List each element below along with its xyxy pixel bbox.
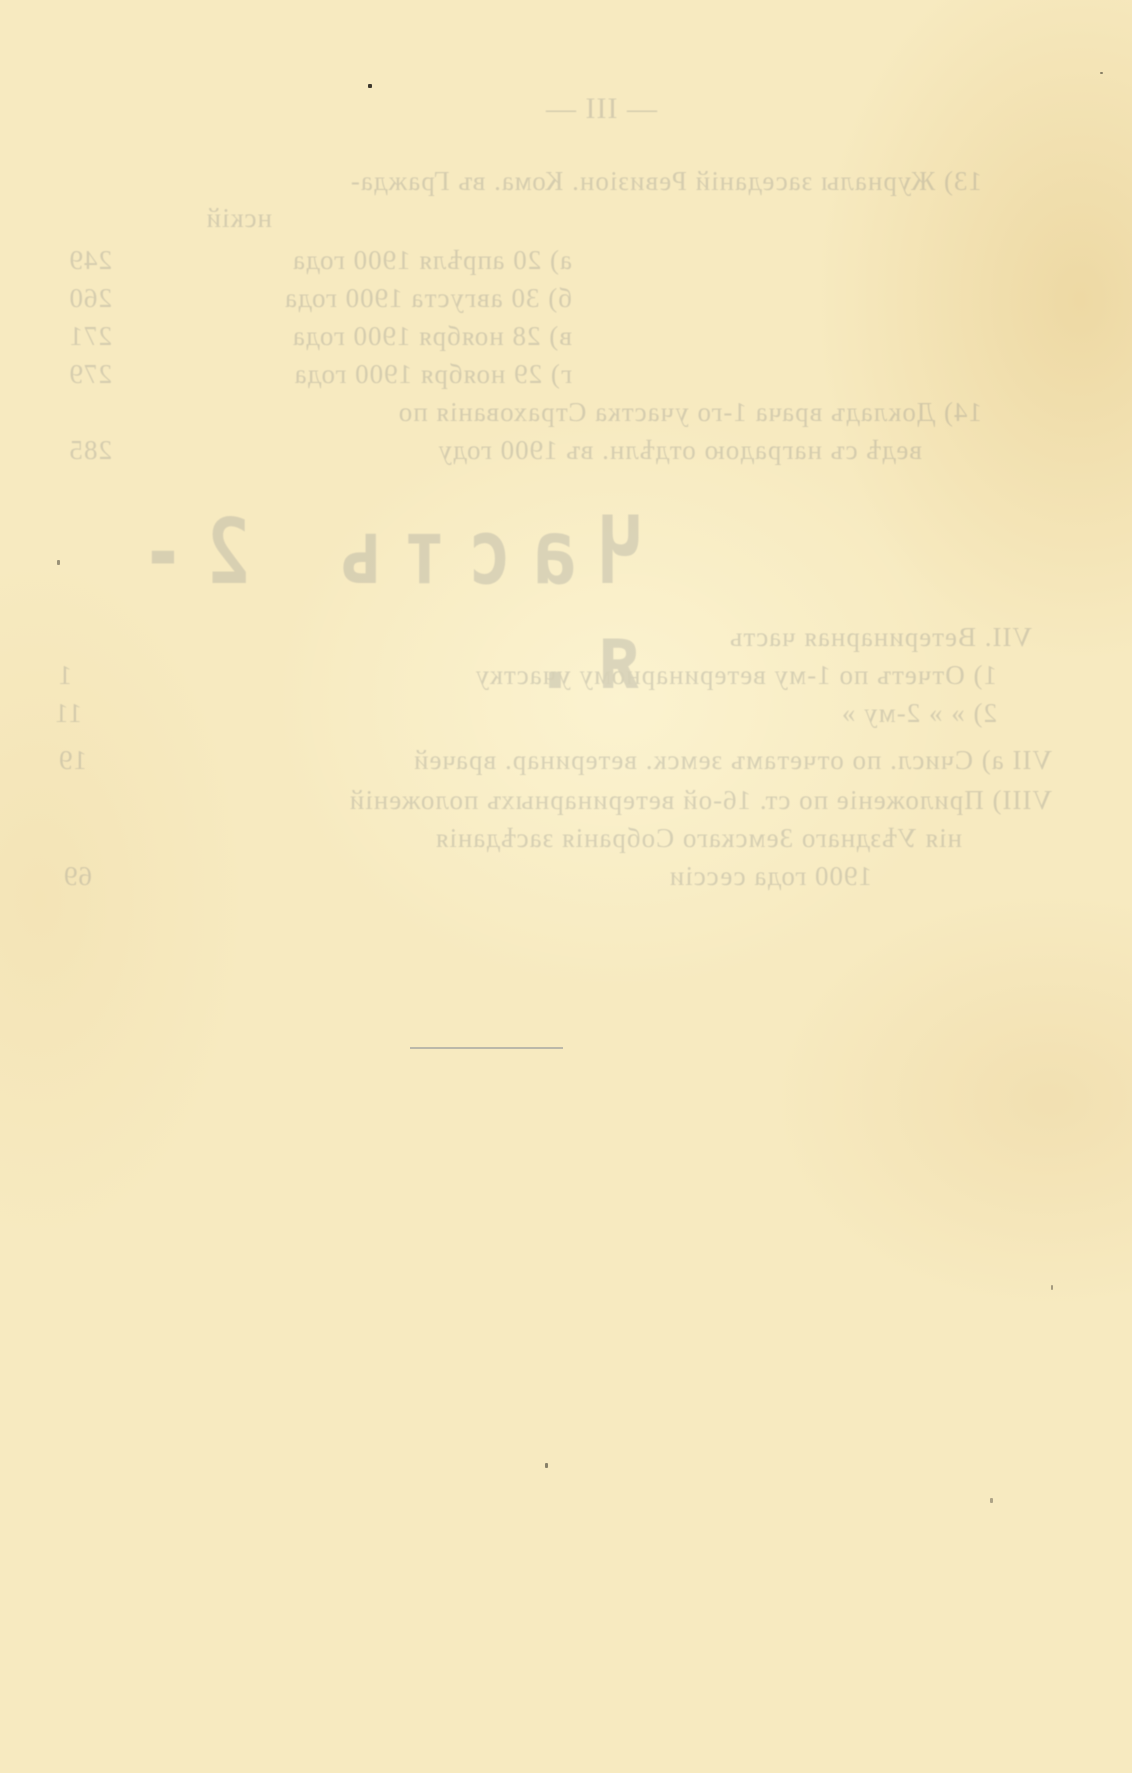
bleed-line: г) 29 ноября 1900 года — [294, 359, 572, 390]
paper-speck — [990, 1498, 993, 1503]
paper-speck — [1051, 1285, 1053, 1290]
bleed-line: ведѣ съ наградою отдѣлн. въ 1900 году — [437, 435, 922, 466]
bleed-page-ref: 11 — [54, 698, 82, 729]
bleed-line: а) 20 апрѣля 1900 года — [292, 245, 572, 276]
bleed-page-ref: 69 — [63, 861, 92, 892]
bleed-line: нія Уѣзднаго Земскаго Собранія засѣданія — [435, 823, 962, 854]
bleed-page-ref: 279 — [69, 359, 113, 390]
bleed-line: 1900 года сессіи — [669, 861, 872, 892]
bleed-through-text: — III — 13) Журналы заседаній Ревизіон. … — [0, 0, 1132, 1773]
bleed-line: VII. Ветеринарная часть — [729, 622, 1032, 653]
bleed-page-ref: 260 — [69, 283, 113, 314]
bleed-line: 14) Докладъ врача 1-го участка Страхован… — [398, 397, 982, 428]
bleed-line: нскій — [205, 203, 272, 234]
decorative-rule — [410, 1047, 563, 1049]
bleed-line: в) 28 ноября 1900 года — [292, 321, 572, 352]
paper-speck — [1100, 72, 1103, 74]
bleed-page-ref: 271 — [69, 321, 113, 352]
bleed-page-ref: 249 — [69, 245, 113, 276]
bleed-line: 13) Журналы заседаній Ревизіон. Кома. въ… — [350, 166, 982, 197]
bleed-line: 1) Отчетъ по 1-му ветеринарному участку — [475, 660, 997, 691]
bleed-page-ref: 19 — [58, 745, 87, 776]
bleed-page-ref: 1 — [58, 660, 73, 691]
bleed-page-ref: 285 — [69, 435, 113, 466]
bleed-line: VIII) Приложеніе по ст. 16-ой ветеринарн… — [349, 785, 1052, 816]
document-page: — III — 13) Журналы заседаній Ревизіон. … — [0, 0, 1132, 1773]
paper-speck — [368, 84, 372, 88]
bleed-page-number: — III — — [545, 92, 657, 126]
bleed-line: 2) » » 2-му » — [841, 698, 997, 729]
bleed-line: б) 30 августа 1900 года — [284, 283, 572, 314]
bleed-line: VII а) Счисл. по отчетамъ земск. ветерин… — [413, 745, 1052, 776]
paper-speck — [545, 1463, 548, 1468]
paper-speck — [57, 560, 60, 565]
